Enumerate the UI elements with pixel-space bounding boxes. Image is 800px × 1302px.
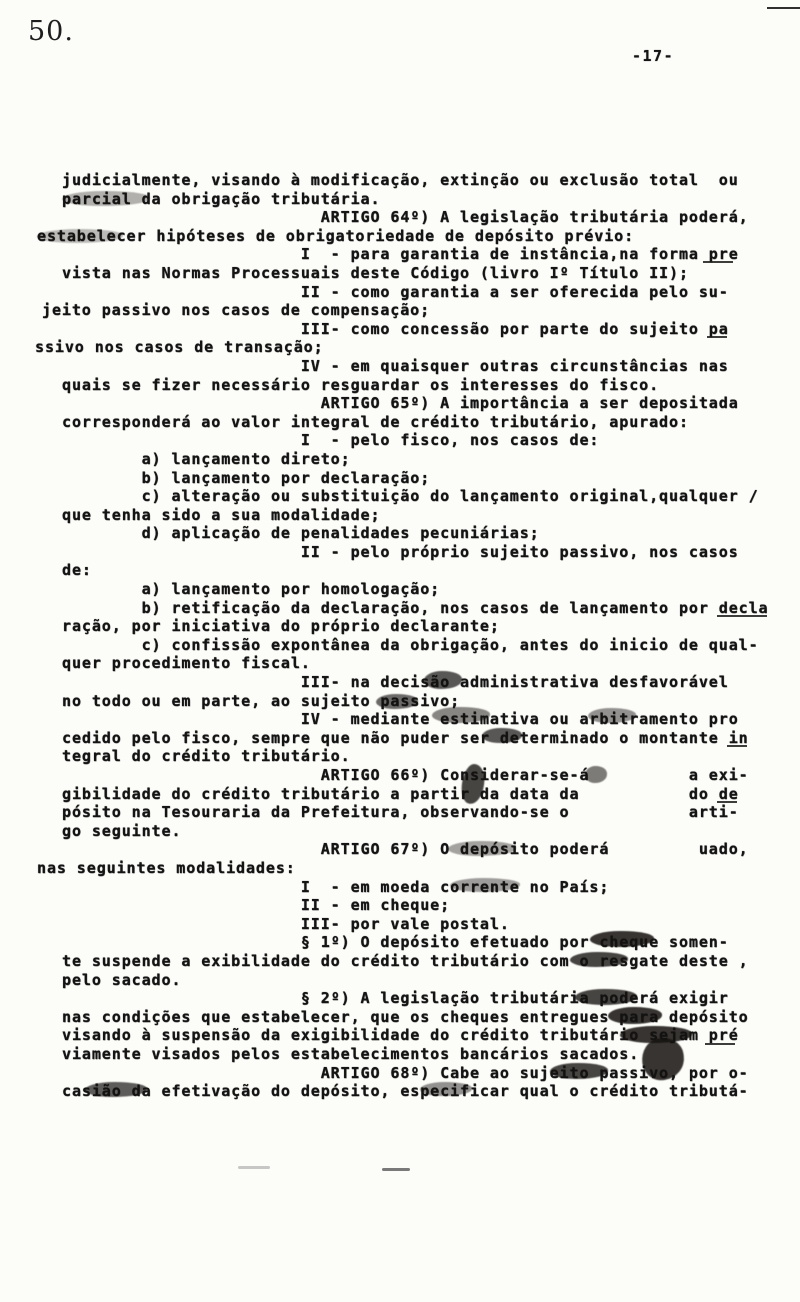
text-line: estabelecer hipóteses de obrigatoriedade… [37,227,782,246]
text-line: no todo ou em parte, ao sujeito passivo; [62,692,782,711]
scanned-document-page: { "page": { "corner_number": "50.", "pag… [0,0,800,1302]
text-line: ARTIGO 64º) A legislação tributária pode… [62,208,782,227]
text-line: ração, por iniciativa do próprio declara… [62,617,782,636]
text-line: que tenha sido a sua modalidade; [62,506,782,525]
text-line: pelo sacado. [62,971,782,990]
text-line: quais se fizer necessário resguardar os … [62,376,782,395]
text-line: nas condições que estabelecer, que os ch… [62,1008,782,1027]
text-line: c) confissão expontânea da obrigação, an… [62,636,782,655]
text-line: III- por vale postal. [62,915,782,934]
text-line: judicialmente, visando à modificação, ex… [62,171,782,190]
text-line: tegral do crédito tributário. [62,747,782,766]
text-line: parcial da obrigação tributária. [62,190,782,209]
text-line: quer procedimento fiscal. [62,654,782,673]
text-line: de: [62,561,782,580]
typewriter-underline [705,1043,735,1045]
pencil-mark [238,1166,270,1169]
text-line: § 1º) O depósito efetuado por cheque som… [62,933,782,952]
pencil-mark [382,1168,410,1171]
text-line: a) lançamento direto; [62,450,782,469]
text-line: ssivo nos casos de transação; [35,338,782,357]
typewriter-underline [717,801,737,803]
text-line: pósito na Tesouraria da Prefeitura, obse… [62,803,782,822]
scan-edge-line [767,7,800,9]
text-line: a) lançamento por homologação; [62,580,782,599]
text-line: II - em cheque; [62,896,782,915]
text-line: IV - em quaisquer outras circunstâncias … [62,357,782,376]
text-line: gibilidade do crédito tributário a parti… [62,785,782,804]
text-line: corresponderá ao valor integral de crédi… [62,413,782,432]
text-line: ARTIGO 65º) A importância a ser deposita… [62,394,782,413]
text-line: ARTIGO 66º) Considerar-se-á a exi- [62,766,782,785]
text-line: cedido pelo fisco, sempre que não puder … [62,729,782,748]
typewriter-underline [717,615,767,617]
sheet-number: 50. [28,16,74,47]
text-line: II - como garantia a ser oferecida pelo … [62,283,782,302]
text-line: § 2º) A legislação tributária poderá exi… [62,989,782,1008]
text-line: b) retificação da declaração, nos casos … [62,599,782,618]
scan-page: 50. -17- judicialmente, visando à modifi… [0,0,800,1302]
text-line: II - pelo próprio sujeito passivo, nos c… [62,543,782,562]
text-line: III- como concessão por parte do sujeito… [62,320,782,339]
text-line: nas seguintes modalidades: [37,859,782,878]
text-line: I - pelo fisco, nos casos de: [62,431,782,450]
typewriter-underline [707,336,727,338]
text-line: go seguinte. [62,822,782,841]
text-line: ARTIGO 67º) O depósito poderá uado, [62,840,782,859]
text-line: I - para garantia de instância,na forma … [62,245,782,264]
text-line: d) aplicação de penalidades pecuniárias; [62,524,782,543]
text-line: te suspende a exibilidade do crédito tri… [62,952,782,971]
typewriter-underline [727,745,747,747]
text-line: vista nas Normas Processuais deste Códig… [62,264,782,283]
page-number: -17- [632,47,674,65]
text-line: b) lançamento por declaração; [62,469,782,488]
document-text: judicialmente, visando à modificação, ex… [62,171,782,1101]
typewriter-underline [703,261,733,263]
text-line: III- na decisão administrativa desfavorá… [62,673,782,692]
text-line: c) alteração ou substituição do lançamen… [62,487,782,506]
text-line: I - em moeda corrente no País; [62,878,782,897]
text-line: IV - mediante estimativa ou arbitramento… [62,710,782,729]
text-line: jeito passivo nos casos de compensação; [42,301,782,320]
